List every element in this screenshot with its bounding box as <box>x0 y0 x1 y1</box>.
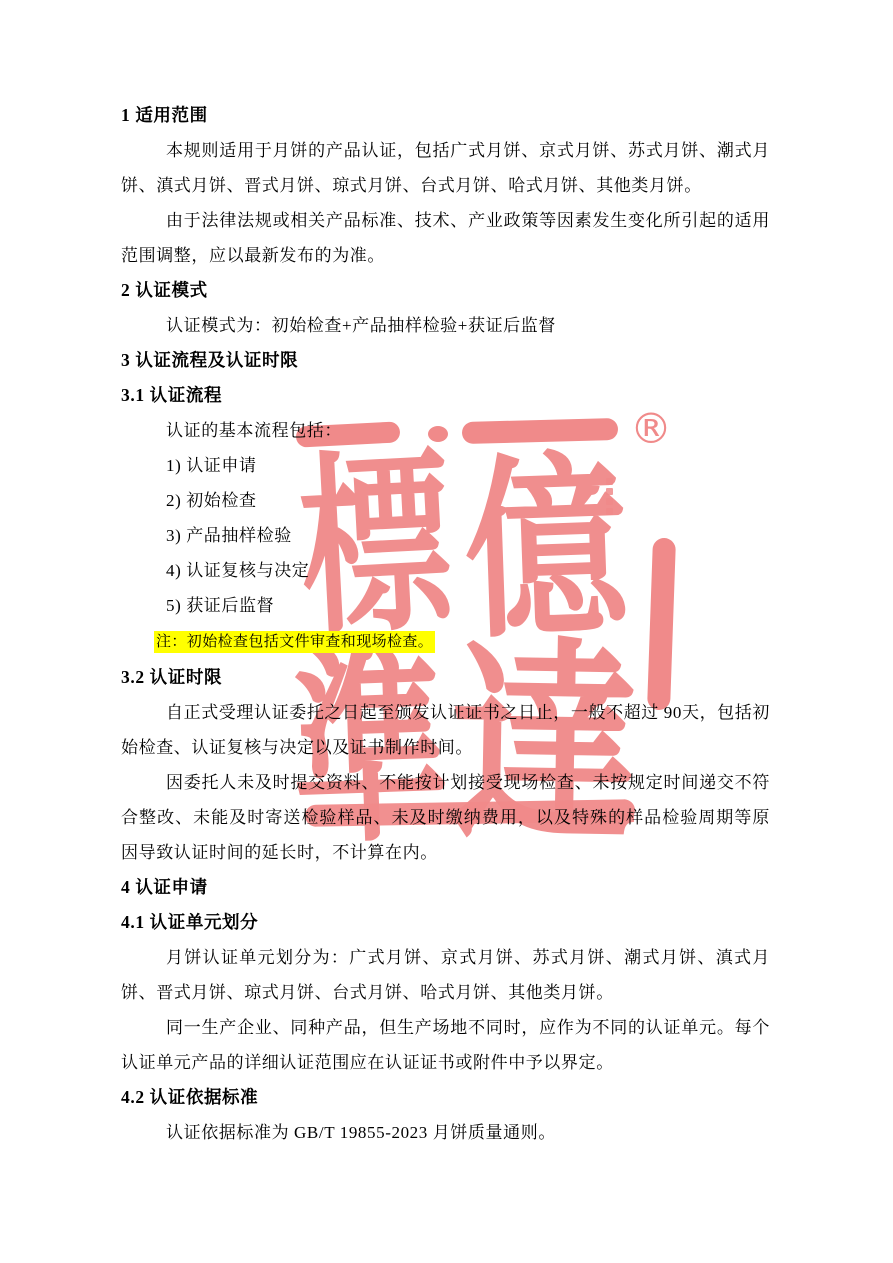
paragraph-process-intro: 认证的基本流程包括： <box>121 413 770 448</box>
list-item-1: 1) 认证申请 <box>121 448 770 483</box>
heading-standard-basis: 4.2 认证依据标准 <box>121 1080 770 1115</box>
list-item-5: 5) 获证后监督 <box>121 588 770 623</box>
note-line: 注：初始检查包括文件审查和现场检查。 <box>121 623 770 660</box>
list-item-3: 3) 产品抽样检验 <box>121 518 770 553</box>
paragraph-unit-division-1: 月饼认证单元划分为：广式月饼、京式月饼、苏式月饼、潮式月饼、滇式月饼、晋式月饼、… <box>121 940 770 1010</box>
paragraph-time-limit-1: 自正式受理认证委托之日起至颁发认证证书之日止，一般不超过 90天，包括初始检查、… <box>121 695 770 765</box>
paragraph-mode: 认证模式为：初始检查+产品抽样检验+获证后监督 <box>121 308 770 343</box>
paragraph-time-limit-2: 因委托人未及时提交资料、不能按计划接受现场检查、未按规定时间递交不符合整改、未能… <box>121 765 770 870</box>
paragraph-standard-basis: 认证依据标准为 GB/T 19855-2023 月饼质量通则。 <box>121 1115 770 1150</box>
paragraph-scope-1: 本规则适用于月饼的产品认证，包括广式月饼、京式月饼、苏式月饼、潮式月饼、滇式月饼… <box>121 133 770 203</box>
heading-time-limit: 3.2 认证时限 <box>121 660 770 695</box>
heading-unit-division: 4.1 认证单元划分 <box>121 905 770 940</box>
paragraph-scope-2: 由于法律法规或相关产品标准、技术、产业政策等因素发生变化所引起的适用范围调整，应… <box>121 203 770 273</box>
paragraph-unit-division-2: 同一生产企业、同种产品，但生产场地不同时，应作为不同的认证单元。每个认证单元产品… <box>121 1010 770 1080</box>
process-step-list: 1) 认证申请 2) 初始检查 3) 产品抽样检验 4) 认证复核与决定 5) … <box>121 448 770 623</box>
list-item-4: 4) 认证复核与决定 <box>121 553 770 588</box>
note-highlight: 注：初始检查包括文件审查和现场检查。 <box>154 631 435 653</box>
document-content: 1 适用范围 本规则适用于月饼的产品认证，包括广式月饼、京式月饼、苏式月饼、潮式… <box>0 0 893 1150</box>
list-item-2: 2) 初始检查 <box>121 483 770 518</box>
heading-certification-mode: 2 认证模式 <box>121 273 770 308</box>
heading-process-and-limits: 3 认证流程及认证时限 <box>121 343 770 378</box>
heading-application: 4 认证申请 <box>121 870 770 905</box>
heading-process: 3.1 认证流程 <box>121 378 770 413</box>
document-page: ® 標 億 準 達 1 适用范围 本规则适用于月饼的产品认证，包括广式月饼、京式… <box>0 0 893 1263</box>
heading-scope: 1 适用范围 <box>121 98 770 133</box>
